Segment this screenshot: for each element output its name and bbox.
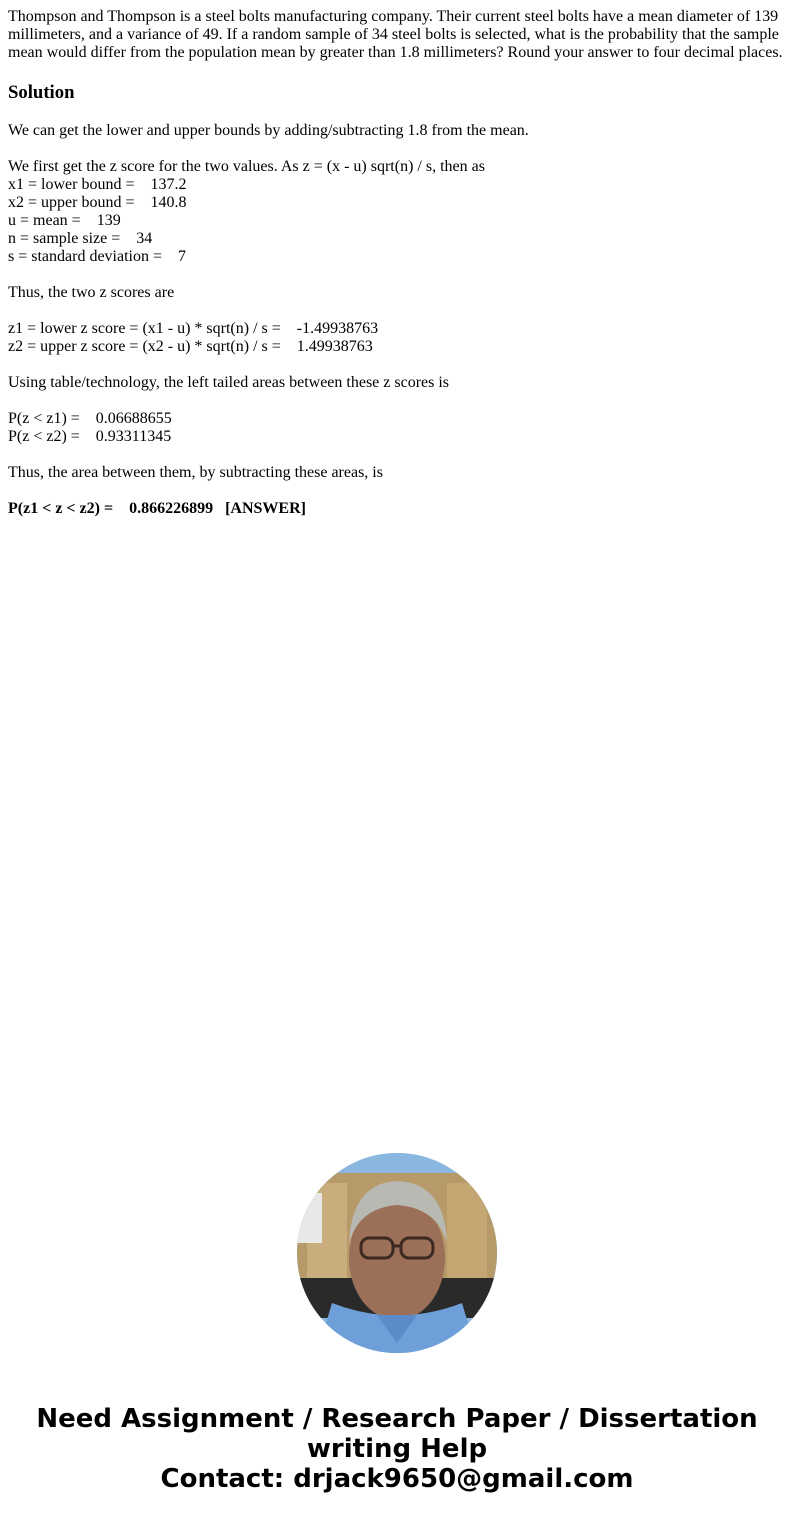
author-avatar <box>297 1153 497 1353</box>
zscore-formula-intro: We first get the z score for the two val… <box>8 158 786 176</box>
zscore-z1: z1 = lower z score = (x1 - u) * sqrt(n) … <box>8 320 786 338</box>
author-portrait-icon <box>297 1153 497 1353</box>
contact-footer: Need Assignment / Research Paper / Disse… <box>0 1404 794 1494</box>
variable-x1: x1 = lower bound = 137.2 <box>8 176 786 194</box>
footer-contact-email: Contact: drjack9650@gmail.com <box>0 1464 794 1494</box>
variable-s: s = standard deviation = 7 <box>8 248 786 266</box>
zscore-z2: z2 = upper z score = (x2 - u) * sqrt(n) … <box>8 338 786 356</box>
variable-u: u = mean = 139 <box>8 212 786 230</box>
areas-heading: Using table/technology, the left tailed … <box>8 374 786 392</box>
footer-line-1: Need Assignment / Research Paper / Disse… <box>0 1404 794 1434</box>
variable-x2: x2 = upper bound = 140.8 <box>8 194 786 212</box>
area-z2: P(z < z2) = 0.93311345 <box>8 428 786 446</box>
solution-heading: Solution <box>8 82 786 104</box>
variable-n: n = sample size = 34 <box>8 230 786 248</box>
zscores-block: z1 = lower z score = (x1 - u) * sqrt(n) … <box>8 320 786 356</box>
footer-line-2: writing Help <box>0 1434 794 1464</box>
areas-block: P(z < z1) = 0.06688655 P(z < z2) = 0.933… <box>8 410 786 446</box>
solution-intro: We can get the lower and upper bounds by… <box>8 122 786 140</box>
area-z1: P(z < z1) = 0.06688655 <box>8 410 786 428</box>
variables-block: We first get the z score for the two val… <box>8 158 786 266</box>
question-text: Thompson and Thompson is a steel bolts m… <box>8 8 786 62</box>
subtract-heading: Thus, the area between them, by subtract… <box>8 464 786 482</box>
zscores-heading: Thus, the two z scores are <box>8 284 786 302</box>
final-answer: P(z1 < z < z2) = 0.866226899 [ANSWER] <box>8 500 786 518</box>
document-body: Thompson and Thompson is a steel bolts m… <box>0 0 794 518</box>
